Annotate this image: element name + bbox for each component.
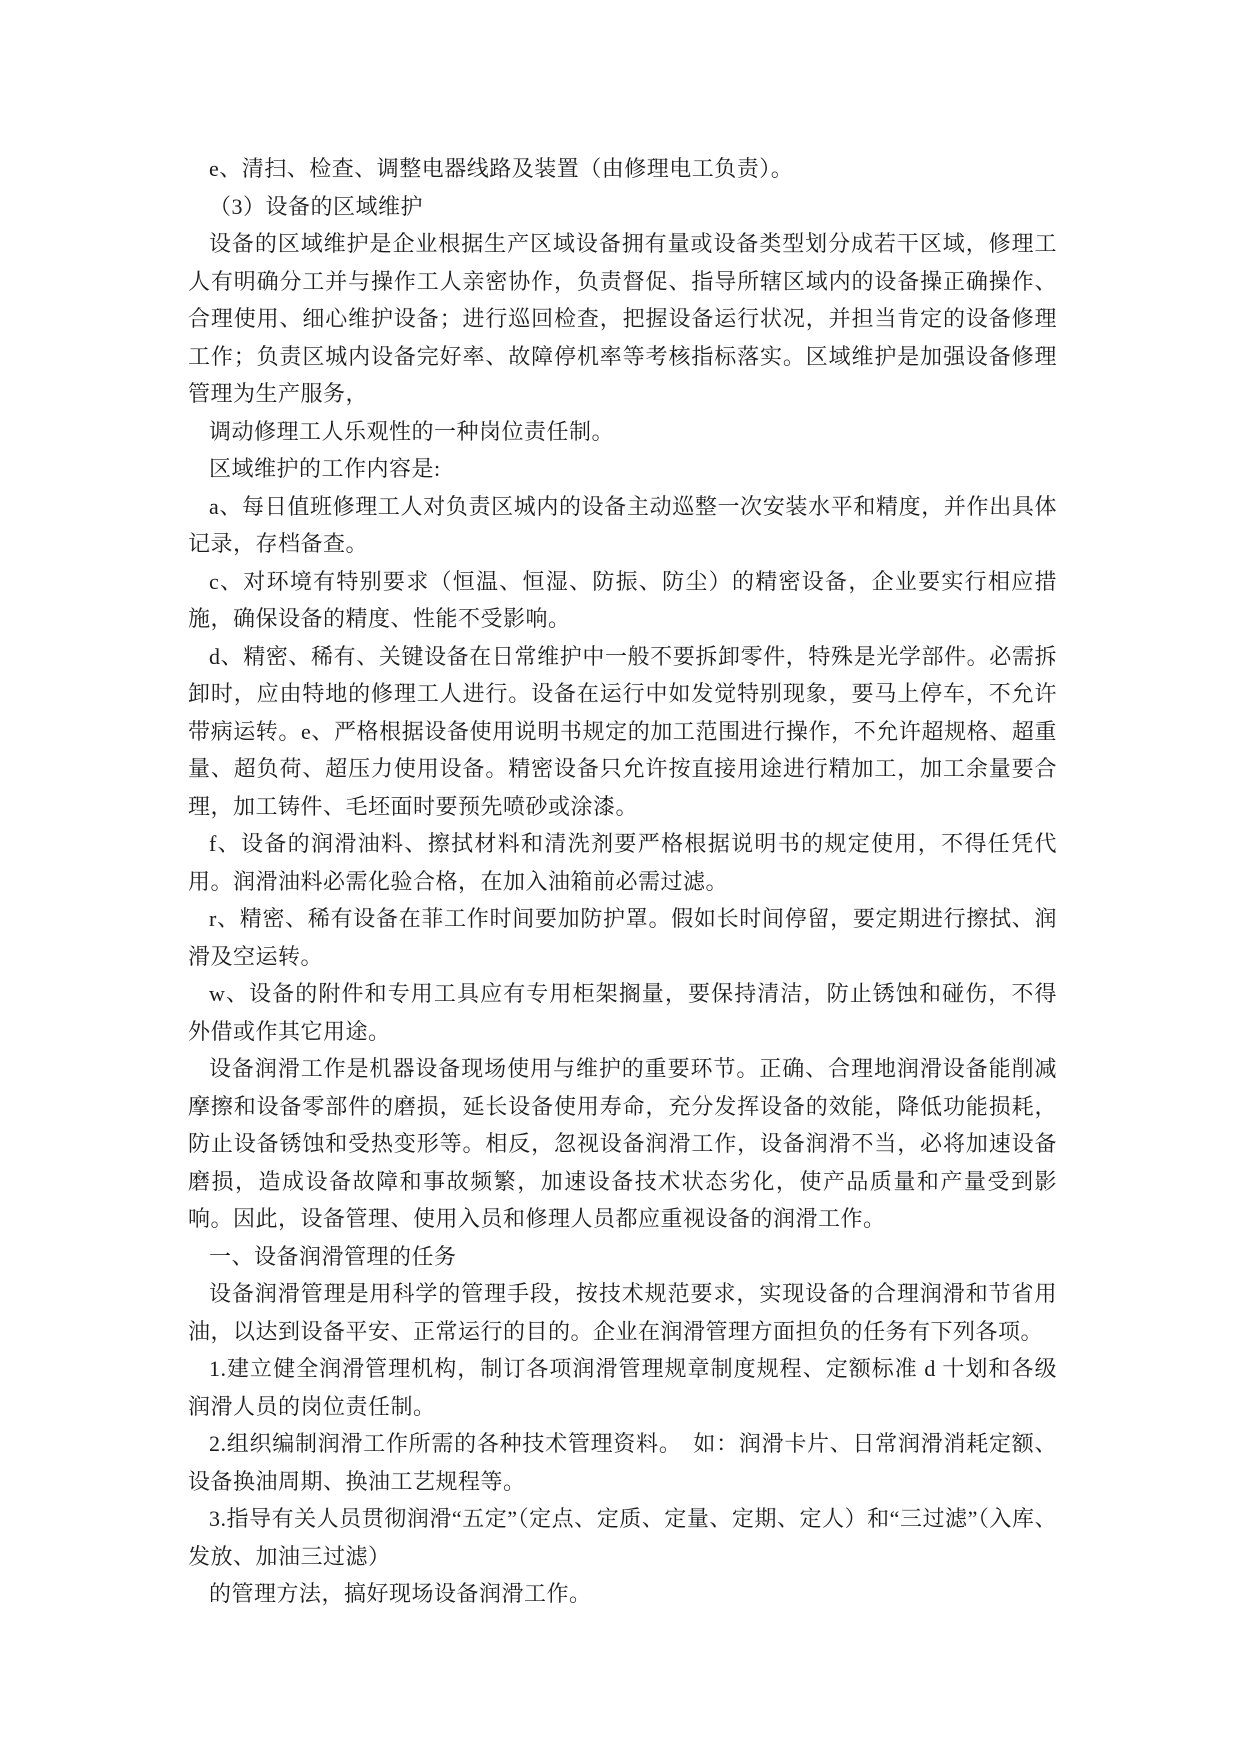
paragraph: 一、设备润滑管理的任务 xyxy=(188,1238,1057,1276)
paragraph: 设备润滑管理是用科学的管理手段，按技术规范要求，实现设备的合理润滑和节省用油，以… xyxy=(188,1275,1057,1350)
document-page: e、清扫、检查、调整电器线路及装置（由修理电工负责）。 （3）设备的区域维护 设… xyxy=(0,0,1240,1753)
paragraph: 的管理方法，搞好现场设备润滑工作。 xyxy=(188,1575,1057,1613)
paragraph: r、精密、稀有设备在菲工作时间要加防护罩。假如长时间停留，要定期进行擦拭、润滑及… xyxy=(188,900,1057,975)
paragraph: e、清扫、检查、调整电器线路及装置（由修理电工负责）。 xyxy=(188,150,1057,188)
paragraph: w、设备的附件和专用工具应有专用柜架搁量，要保持清洁，防止锈蚀和碰伤，不得外借或… xyxy=(188,975,1057,1050)
paragraph: a、每日值班修理工人对负责区城内的设备主动巡整一次安装水平和精度，并作出具体记录… xyxy=(188,488,1057,563)
paragraph: 3.指导有关人员贯彻润滑“五定”（定点、定质、定量、定期、定人）和“三过滤”（入… xyxy=(188,1500,1057,1575)
paragraph: 2.组织编制润滑工作所需的各种技术管理资料。 如：润滑卡片、日常润滑消耗定额、设… xyxy=(188,1425,1057,1500)
paragraph: 调动修理工人乐观性的一种岗位责任制。 xyxy=(188,413,1057,451)
paragraph: 设备的区域维护是企业根据生产区域设备拥有量或设备类型划分成若干区域，修理工人有明… xyxy=(188,225,1057,413)
paragraph: （3）设备的区域维护 xyxy=(188,188,1057,226)
paragraph: 1.建立健全润滑管理机构，制订各项润滑管理规章制度规程、定额标准 d 十划和各级… xyxy=(188,1350,1057,1425)
paragraph: 设备润滑工作是机器设备现场使用与维护的重要环节。正确、合理地润滑设备能削减摩擦和… xyxy=(188,1050,1057,1238)
document-body: e、清扫、检查、调整电器线路及装置（由修理电工负责）。 （3）设备的区域维护 设… xyxy=(188,150,1057,1613)
paragraph: f、设备的润滑油料、擦拭材料和清洗剂要严格根据说明书的规定使用，不得任凭代用。润… xyxy=(188,825,1057,900)
paragraph: d、精密、稀有、关键设备在日常维护中一般不要拆卸零件，特殊是光学部件。必需拆卸时… xyxy=(188,638,1057,826)
paragraph: 区域维护的工作内容是: xyxy=(188,450,1057,488)
paragraph: c、对环境有特别要求（恒温、恒湿、防振、防尘）的精密设备，企业要实行相应措施，确… xyxy=(188,563,1057,638)
